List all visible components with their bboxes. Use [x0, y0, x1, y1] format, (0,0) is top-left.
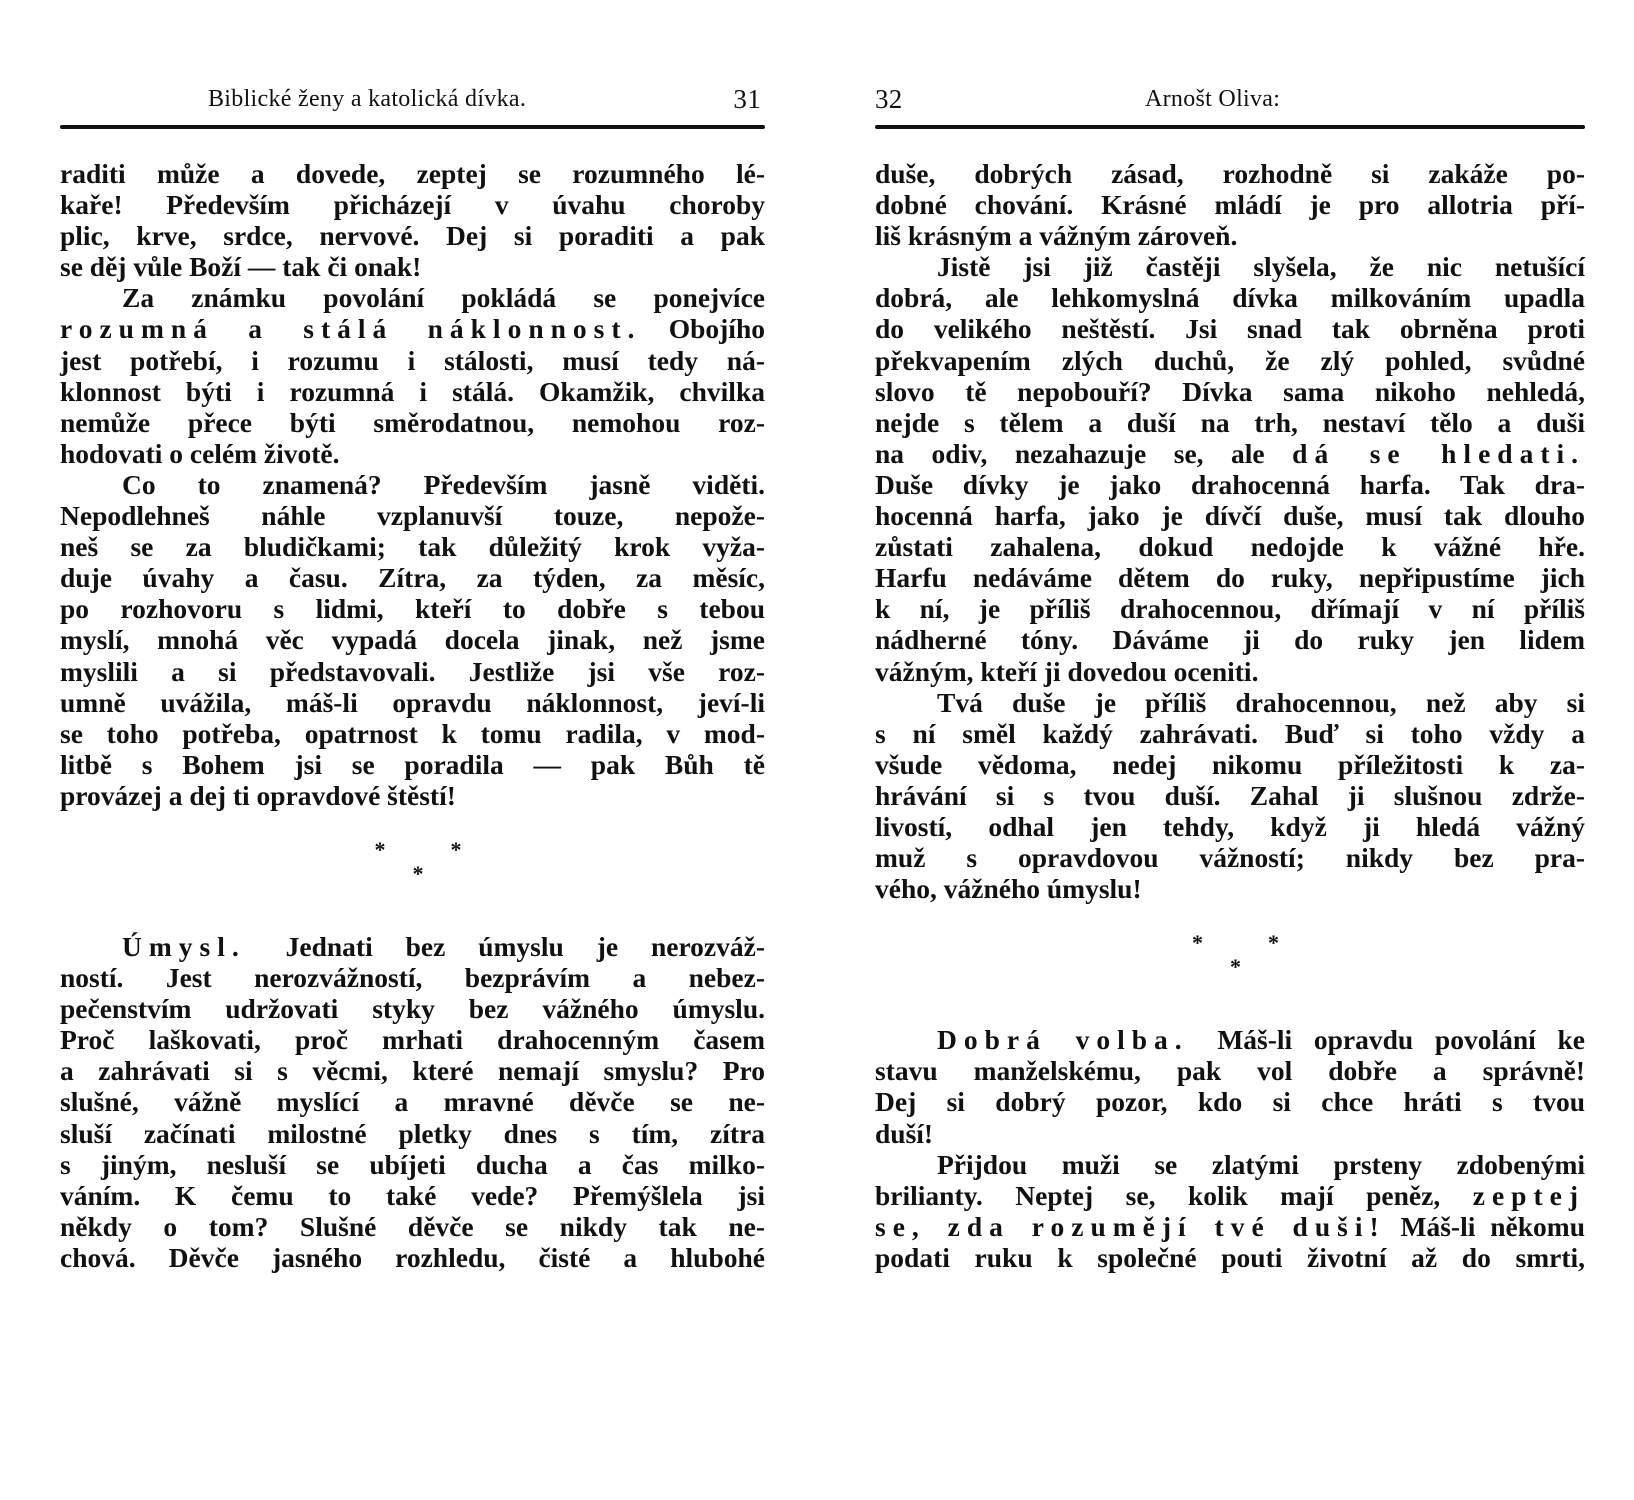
text-line: vého, vážného úmyslu!	[875, 873, 1585, 904]
text-line: hrávání si s tvou duší. Zahal ji slušnou…	[875, 780, 1585, 811]
text-line: se, zda rozumějí tvé duši! Máš-li někomu	[875, 1211, 1585, 1242]
text-line: stavu manželskému, pak vol dobře a správ…	[875, 1055, 1585, 1086]
text-line: Úmysl. Jednati bez úmyslu je nerozváž-	[60, 931, 765, 962]
text-line: někdy o tom? Slušné děvče se nikdy tak n…	[60, 1211, 765, 1242]
body-text: raditi může a dovede, zeptej se rozumnéh…	[60, 158, 765, 1273]
text-line: Jistě jsi již častěji slyšela, že nic ne…	[875, 251, 1585, 282]
text-line: se děj vůle Boží — tak či onak!	[60, 251, 765, 282]
asterisk-icon: *	[375, 839, 386, 861]
text-line: Dobrá volba. Máš-li opravdu povolání ke	[875, 1024, 1585, 1055]
text-line: plic, krve, srdce, nervové. Dej si porad…	[60, 220, 765, 251]
text-line: Tvá duše je příliš drahocennou, než aby …	[875, 687, 1585, 718]
text-line: hocenná harfa, jako je dívčí duše, musí …	[875, 500, 1585, 531]
text-line: s jiným, nesluší se ubíjeti ducha a čas …	[60, 1149, 765, 1180]
page-number: 32	[875, 84, 903, 115]
header-rule	[875, 125, 1585, 129]
text-line: k ní, je příliš drahocennou, dřímají v n…	[875, 593, 1585, 624]
text-line: dobné chování. Krásné mládí je pro allot…	[875, 189, 1585, 220]
text-line: Nepodlehneš náhle vzplanuvší touze, nepo…	[60, 500, 765, 531]
text-line: chová. Děvče jasného rozhledu, čisté a h…	[60, 1242, 765, 1273]
text-line: sluší začínati milostné pletky dnes s tí…	[60, 1118, 765, 1149]
text-line: duše, dobrých zásad, rozhodně si zakáže …	[875, 158, 1585, 189]
text-line: na odiv, nezahazuje se, ale dá se hledat…	[875, 438, 1585, 469]
text-line: pečenstvím udržovati styky bez vážného ú…	[60, 993, 765, 1024]
text-line: neš se za bludičkami; tak důležitý krok …	[60, 531, 765, 562]
text-line: Přijdou muži se zlatými prsteny zdobeným…	[875, 1149, 1585, 1180]
text-line: Za známku povolání pokládá se ponejvíce	[60, 282, 765, 313]
text-line: nádherné tóny. Dáváme ji do ruky jen lid…	[875, 624, 1585, 655]
text-line: brilianty. Neptej se, kolik mají peněz, …	[875, 1180, 1585, 1211]
text-line: Duše dívky je jako drahocenná harfa. Tak…	[875, 469, 1585, 500]
text-line: překvapením zlých duchů, že zlý pohled, …	[875, 345, 1585, 376]
text-line: hodovati o celém životě.	[60, 438, 765, 469]
text-line: duje úvahy a času. Zítra, za týden, za m…	[60, 562, 765, 593]
text-line: po rozhovoru s lidmi, kteří to dobře s t…	[60, 593, 765, 624]
text-line: váním. K čemu to také vede? Přemýšlela j…	[60, 1180, 765, 1211]
section-break-asterism: ***	[60, 811, 765, 931]
text-line: raditi může a dovede, zeptej se rozumnéh…	[60, 158, 765, 189]
running-head: 32 Arnošt Oliva:	[875, 86, 1585, 118]
text-line: liš krásným a vážným zároveň.	[875, 220, 1585, 251]
running-head-title: Biblické ženy a katolická dívka.	[208, 86, 526, 113]
text-line: ností. Jest nerozvážností, bezprávím a n…	[60, 962, 765, 993]
text-line: s ní směl každý zahrávati. Buď si toho v…	[875, 718, 1585, 749]
text-line: klonnost býti i rozumná i stálá. Okamžik…	[60, 376, 765, 407]
running-head-title: Arnošt Oliva:	[1145, 86, 1280, 113]
text-line: duší!	[875, 1118, 1585, 1149]
text-line: muž s opravdovou vážností; nikdy bez pra…	[875, 842, 1585, 873]
page-number: 31	[733, 84, 761, 115]
text-line: podati ruku k společné pouti životní až …	[875, 1242, 1585, 1273]
text-line: se toho potřeba, opatrnost k tomu radila…	[60, 718, 765, 749]
text-line: provázej a dej ti opravdové štěstí!	[60, 780, 765, 811]
text-line: slovo tě nepobouří? Dívka sama nikoho ne…	[875, 376, 1585, 407]
text-line: livostí, odhal jen tehdy, když ji hledá …	[875, 811, 1585, 842]
text-line: slušné, vážně myslící a mravné děvče se …	[60, 1086, 765, 1117]
text-line: myslí, mnohá věc vypadá docela jinak, ne…	[60, 624, 765, 655]
text-line: zůstati zahalena, dokud nedojde k vážné …	[875, 531, 1585, 562]
running-head: Biblické ženy a katolická dívka. 31	[60, 86, 765, 118]
asterisk-icon: *	[451, 839, 462, 861]
section-break-asterism: ***	[875, 904, 1585, 1024]
text-line: dobrá, ale lehkomyslná dívka milkováním …	[875, 282, 1585, 313]
body-text: duše, dobrých zásad, rozhodně si zakáže …	[875, 158, 1585, 1273]
text-line: vážným, kteří ji dovedou oceniti.	[875, 656, 1585, 687]
text-line: do velikého neštěstí. Jsi snad tak obrně…	[875, 313, 1585, 344]
text-line: Co to znamená? Především jasně viděti.	[60, 469, 765, 500]
text-line: myslili a si představovali. Jestliže jsi…	[60, 656, 765, 687]
text-line: jest potřebí, i rozumu i stálosti, musí …	[60, 345, 765, 376]
text-line: rozumná a stálá náklonnost. Obojího	[60, 313, 765, 344]
text-line: Proč laškovati, proč mrhati drahocenným …	[60, 1024, 765, 1055]
asterisk-icon: *	[413, 863, 424, 885]
text-line: litbě s Bohem jsi se poradila — pak Bůh …	[60, 749, 765, 780]
section-heading: Úmysl.	[122, 931, 286, 962]
text-line: Dej si dobrý pozor, kdo si chce hráti s …	[875, 1086, 1585, 1117]
header-rule	[60, 125, 765, 129]
asterisk-icon: *	[1192, 932, 1203, 954]
asterisk-icon: *	[1230, 956, 1241, 978]
text-line: Harfu nedáváme dětem do ruky, nepřipustí…	[875, 562, 1585, 593]
text-line: všude vědoma, nedej nikomu příležitosti …	[875, 749, 1585, 780]
asterisk-icon: *	[1268, 932, 1279, 954]
text-line: a zahrávati si s věcmi, které nemají smy…	[60, 1055, 765, 1086]
text-line: nemůže přece býti směrodatnou, nemohou r…	[60, 407, 765, 438]
text-line: nejde s tělem a duší na trh, nestaví těl…	[875, 407, 1585, 438]
text-line: kaře! Především přicházejí v úvahu choro…	[60, 189, 765, 220]
section-heading: Dobrá volba.	[937, 1024, 1217, 1055]
text-line: umně uvážila, máš-li opravdu náklonnost,…	[60, 687, 765, 718]
